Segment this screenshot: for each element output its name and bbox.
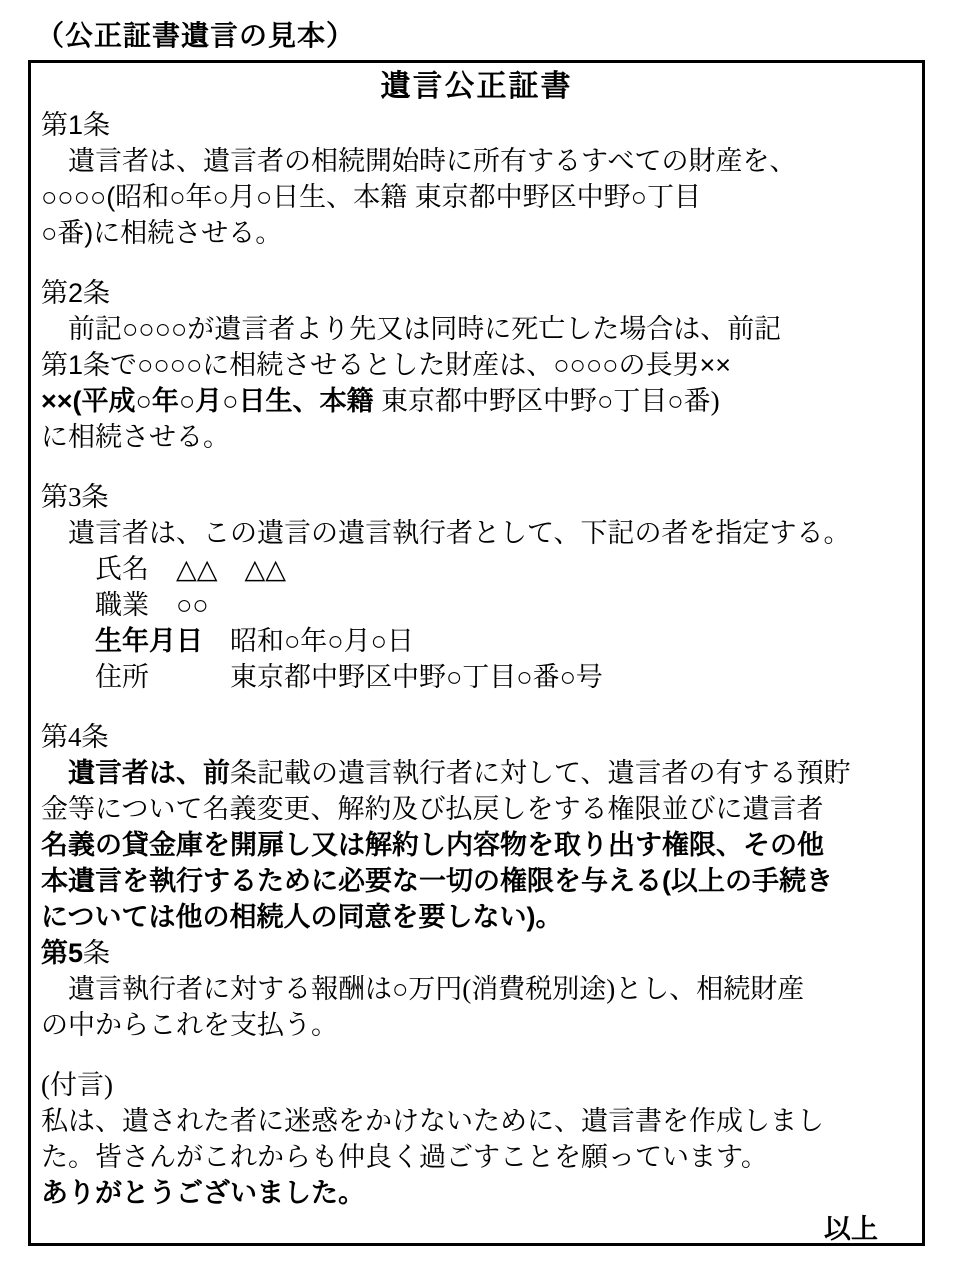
text-segment: 第1条 <box>41 110 110 140</box>
text-segment: 遺言者は、前 <box>41 758 230 788</box>
document-line: 前記○○○○が遺言者より先又は同時に死亡した場合は、前記 <box>41 311 912 347</box>
document-line: 名義の貸金庫を開扉し又は解約し内容物を取り出す権限、その他 <box>41 827 912 863</box>
text-segment: 条 <box>83 938 110 968</box>
document-line: 本遺言を執行するために必要な一切の権限を与える(以上の手続き <box>41 863 912 899</box>
document-line: 遺言執行者に対する報酬は○万円(消費税別途)とし、相続財産 <box>41 971 912 1007</box>
text-segment: に相続させる。 <box>41 422 230 452</box>
document-line: 住所 東京都中野区中野○丁目○番○号 <box>41 659 912 695</box>
text-segment: 第2条 <box>41 278 110 308</box>
document-caption: （公正証書遺言の見本） <box>36 14 953 54</box>
document-line: 氏名 △△ △△ <box>41 551 912 587</box>
text-segment: た。皆さんがこれからも仲良く過ごすことを願っています。 <box>41 1142 768 1172</box>
text-segment: 氏名 △△ △△ <box>41 554 286 584</box>
text-segment: 東京都中野区中野○丁目○番) <box>381 386 720 416</box>
blank-line <box>41 251 912 275</box>
text-segment: 条記載の遺言執行者に対して、遺言者の有する預貯 <box>230 758 850 788</box>
text-segment: 本遺言を執行するために必要な一切の権限を与える(以上の手続き <box>41 866 833 896</box>
document-line: ○番)に相続させる。 <box>41 215 912 251</box>
document-border-box: 遺言公正証書 第1条 遺言者は、遺言者の相続開始時に所有するすべての財産を、○○… <box>28 60 925 1246</box>
text-segment: 第1条で○○○○に相続させるとした財産は、○○○○の長男×× <box>41 350 731 380</box>
text-segment: 前記○○○○が遺言者より先又は同時に死亡した場合は、前記 <box>41 314 781 344</box>
text-segment: 以上 <box>824 1214 878 1244</box>
text-segment: 生年月日 <box>41 626 203 656</box>
document-line: 遺言者は、この遺言の遺言執行者として、下記の者を指定する。 <box>41 515 912 551</box>
text-segment: 第4条 <box>41 722 109 752</box>
text-segment: 金等について名義変更、解約及び払戻しをする権限並びに遺言者 <box>41 794 823 824</box>
document-title: 遺言公正証書 <box>41 67 912 107</box>
document-line: 私は、遺された者に迷惑をかけないために、遺言書を作成しまし <box>41 1103 912 1139</box>
document-line: 職業 ○○ <box>41 587 912 623</box>
text-segment: 遺言者は、この遺言の遺言執行者として、下記の者を指定する。 <box>41 518 850 548</box>
document-line: 第5条 <box>41 935 912 971</box>
text-segment: ○番)に相続させる。 <box>41 218 282 248</box>
document-line: ××(平成○年○月○日生、本籍 東京都中野区中野○丁目○番) <box>41 383 912 419</box>
document-line: に相続させる。 <box>41 419 912 455</box>
text-segment: 私は、遺された者に迷惑をかけないために、遺言書を作成しまし <box>41 1106 824 1136</box>
document-line: の中からこれを支払う。 <box>41 1007 912 1043</box>
text-segment: 遺言者は、遺言者の相続開始時に所有するすべての財産を、 <box>41 146 796 176</box>
document-line: 以上 <box>41 1211 912 1247</box>
document-line: 生年月日 昭和○年○月○日 <box>41 623 912 659</box>
text-segment: 住所 東京都中野区中野○丁目○番○号 <box>41 662 603 692</box>
document-body: 第1条 遺言者は、遺言者の相続開始時に所有するすべての財産を、○○○○(昭和○年… <box>41 107 912 1247</box>
blank-line <box>41 695 912 719</box>
text-segment: 第5 <box>41 938 83 968</box>
text-segment: 職業 ○○ <box>41 590 209 620</box>
text-segment: 第3条 <box>41 482 109 512</box>
text-segment: 名義の貸金庫を開扉し又は解約し内容物を取り出す権限、その他 <box>41 830 824 860</box>
blank-line <box>41 455 912 479</box>
text-segment: の中からこれを支払う。 <box>41 1010 338 1040</box>
document-line: 第4条 <box>41 719 912 755</box>
document-line: については他の相続人の同意を要しない)。 <box>41 899 912 935</box>
text-segment: 遺言執行者に対する報酬は○万円(消費税別途)とし、相続財産 <box>41 974 804 1004</box>
document-line: 金等について名義変更、解約及び払戻しをする権限並びに遺言者 <box>41 791 912 827</box>
document-line: 遺言者は、遺言者の相続開始時に所有するすべての財産を、 <box>41 143 912 179</box>
document-line: た。皆さんがこれからも仲良く過ごすことを願っています。 <box>41 1139 912 1175</box>
document-line: 第2条 <box>41 275 912 311</box>
text-segment: ××(平成○年○月○日生、本籍 <box>41 386 381 416</box>
document-line: ありがとうございました。 <box>41 1175 912 1211</box>
blank-line <box>41 1043 912 1067</box>
document-line: 第1条で○○○○に相続させるとした財産は、○○○○の長男×× <box>41 347 912 383</box>
document-line: 第3条 <box>41 479 912 515</box>
document-line: 遺言者は、前条記載の遺言執行者に対して、遺言者の有する預貯 <box>41 755 912 791</box>
document-line: (付言) <box>41 1067 912 1103</box>
text-segment: については他の相続人の同意を要しない)。 <box>41 902 562 932</box>
document-line: ○○○○(昭和○年○月○日生、本籍 東京都中野区中野○丁目 <box>41 179 912 215</box>
document-line: 第1条 <box>41 107 912 143</box>
text-segment: (付言) <box>41 1070 113 1100</box>
text-segment: 昭和○年○月○日 <box>203 626 414 656</box>
text-segment: ありがとうございました。 <box>41 1178 365 1208</box>
text-segment: ○○○○(昭和○年○月○日生、本籍 東京都中野区中野○丁目 <box>41 182 701 212</box>
